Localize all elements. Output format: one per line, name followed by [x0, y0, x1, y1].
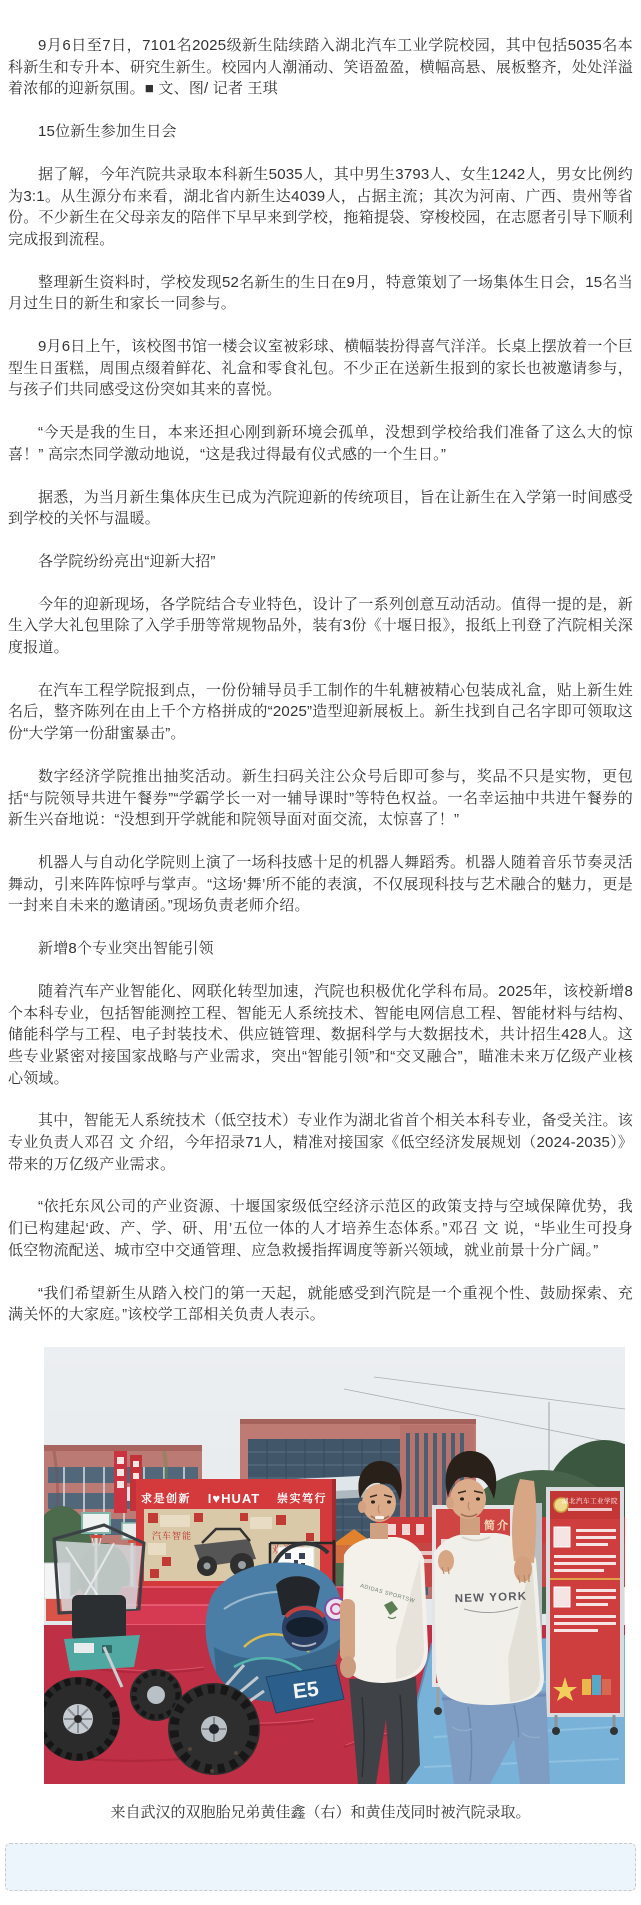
photo-caption: 来自武汉的双胞胎兄弟黄佳鑫（右）和黄佳茂同时被汽院录取。 — [0, 1802, 641, 1823]
intro-paragraph: 9月6日至7日，7101名2025级新生陆续踏入湖北汽车工业学院校园，其中包括5… — [8, 35, 633, 100]
paragraph: 据了解，今年汽院共录取本科新生5035人，其中男生3793人、女生1242人，男… — [8, 164, 633, 251]
hand-on-shoulder — [438, 1550, 454, 1572]
paragraph: 数字经济学院推出抽奖活动。新生扫码关注公众号后即可参与，奖品不只是实物，更包括“… — [8, 766, 633, 831]
board-university: 湖北汽车工业学院 — [546, 1487, 624, 1735]
section-heading-birthday: 15位新生参加生日会 — [8, 121, 633, 143]
helmet — [282, 1605, 328, 1651]
backdrop-logo-text: I♥HUAT — [208, 1491, 260, 1506]
paragraph: 机器人与自动化学院则上演了一场科技感十足的机器人舞蹈秀。机器人随着音乐节奏灵活舞… — [8, 852, 633, 917]
paragraph: 随着汽车产业智能化、网联化转型加速，汽院也积极优化学科布局。2025年，该校新增… — [8, 981, 633, 1090]
campus-photo-art: 求是创新 I♥HUAT 崇实笃行 汽车智能 欢迎你 — [44, 1347, 625, 1784]
paragraph: 据悉，为当月新生集体庆生已成为汽院迎新的传统项目，旨在让新生在入学第一时间感受到… — [8, 487, 633, 530]
quote-paragraph: “我们希望新生从踏入校门的第一天起，就能感受到汽院是一个重视个性、鼓励探索、充满… — [8, 1283, 633, 1326]
paragraph: 其中，智能无人系统技术（低空技术）专业作为湖北省首个相关本科专业，备受关注。该专… — [8, 1110, 633, 1175]
paragraph: 整理新生资料时，学校发现52名新生的生日在9月，特意策划了一场集体生日会，15名… — [8, 272, 633, 315]
section-heading-majors: 新增8个专业突出智能引领 — [8, 938, 633, 960]
backdrop-motto-left: 求是创新 — [141, 1491, 191, 1505]
backdrop-collage-text-left: 汽车智能 — [152, 1530, 192, 1541]
board-intro-label: 简介 — [484, 1518, 510, 1532]
campus-photo: 求是创新 I♥HUAT 崇实笃行 汽车智能 欢迎你 — [44, 1347, 625, 1784]
buggy-number: E5 — [292, 1677, 321, 1703]
paragraph: 今年的迎新现场，各学院结合专业特色，设计了一系列创意互动活动。值得一提的是，新生… — [8, 594, 633, 659]
board-university-title: 湖北汽车工业学院 — [562, 1496, 618, 1505]
comment-box-partial — [5, 1843, 636, 1891]
quote-paragraph: “今天是我的生日，本来还担心刚到新环境会孤单，没想到学校给我们准备了这么大的惊喜… — [8, 422, 633, 465]
article-body: 9月6日至7日，7101名2025级新生陆续踏入湖北汽车工业学院校园，其中包括5… — [0, 0, 641, 1326]
twin-right-shirt-print: NEW YORK — [455, 1591, 528, 1606]
quote-paragraph: “依托东风公司的产业资源、十堰国家级低空经济示范区的政策支持与空域保障优势，我们… — [8, 1196, 633, 1261]
paragraph: 在汽车工程学院报到点，一份份辅导员手工制作的牛轧糖被精心包装成礼盒，贴上新生姓名… — [8, 680, 633, 745]
news-page: 9月6日至7日，7101名2025级新生陆续踏入湖北汽车工业学院校园，其中包括5… — [0, 0, 641, 1891]
section-heading-colleges: 各学院纷纷亮出“迎新大招” — [8, 551, 633, 573]
paragraph: 9月6日上午，该校图书馆一楼会议室被彩球、横幅装扮得喜气洋洋。长桌上摆放着一个巨… — [8, 336, 633, 401]
backdrop-motto-right: 崇实笃行 — [277, 1491, 327, 1505]
